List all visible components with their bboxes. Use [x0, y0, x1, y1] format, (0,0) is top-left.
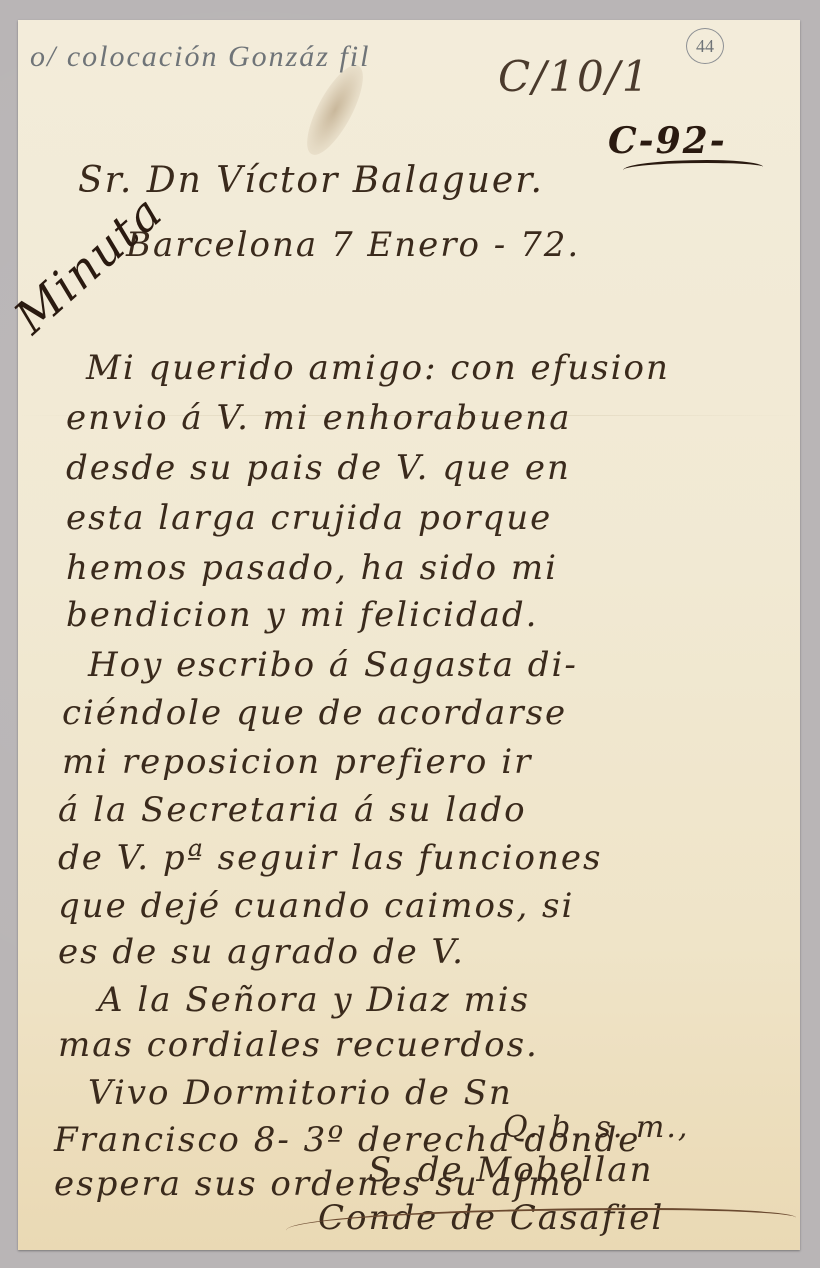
body-line: ciéndole que de acordarse — [62, 693, 567, 733]
body-line: de V. pª seguir las funciones — [58, 838, 602, 878]
body-line: esta larga crujida porque — [66, 498, 552, 538]
code-underline — [623, 160, 763, 177]
body-line: que dejé cuando caimos, si — [58, 886, 574, 926]
body-line: Vivo Dormitorio de Sn — [88, 1073, 513, 1113]
body-line: envio á V. mi enhorabuena — [66, 398, 571, 438]
letter-paper: o/ colocación Gonzáz fil C/10/1 44 C-92-… — [18, 20, 800, 1250]
body-line: A la Señora y Diaz mis — [98, 980, 530, 1020]
body-line: Mi querido amigo: con efusion — [86, 348, 670, 388]
addressee: Sr. Dn Víctor Balaguer. — [78, 160, 544, 201]
archive-reference: C/10/1 — [498, 52, 651, 101]
closing-abbreviation: Q. b. s. m., — [503, 1110, 689, 1145]
body-line: bendicion y mi felicidad. — [66, 595, 538, 635]
body-line: es de su agrado de V. — [58, 932, 465, 972]
body-line: mi reposicion prefiero ir — [62, 742, 532, 782]
pencil-annotation: o/ colocación Gonzáz fil — [30, 40, 370, 74]
place-date: Barcelona 7 Enero - 72. — [126, 225, 580, 265]
body-line: hemos pasado, ha sido mi — [66, 548, 558, 588]
body-line: mas cordiales recuerdos. — [58, 1025, 539, 1065]
signature-name: S. de Mobellan — [368, 1150, 653, 1190]
body-line: á la Secretaria á su lado — [58, 790, 527, 830]
body-line: Hoy escribo á Sagasta di- — [88, 645, 578, 685]
item-code: C-92- — [608, 120, 727, 162]
circled-page-number: 44 — [686, 28, 724, 64]
body-line: desde su pais de V. que en — [66, 448, 571, 488]
